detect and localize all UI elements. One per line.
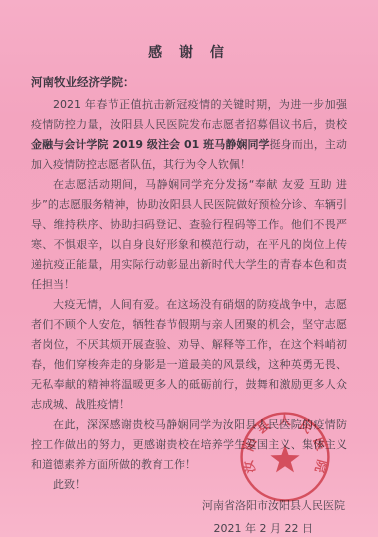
letter-recipient: 河南牧业经济学院：	[31, 74, 347, 90]
paragraph-3: 大疫无情，人间有爱。在这场没有硝烟的防疫战争中，志愿者们不顾个人安危，牺牲春节假…	[31, 295, 347, 415]
letter-closing: 此致！	[31, 475, 347, 495]
paragraph-1: 2021 年春节正值抗击新冠疫情的关键时期，为进一步加强疫情防控力量，汝阳县人民…	[31, 95, 347, 175]
letter-body: 2021 年春节正值抗击新冠疫情的关键时期，为进一步加强疫情防控力量，汝阳县人民…	[31, 95, 347, 495]
signature-hospital-name: 河南省洛阳市汝阳县人民医院	[31, 496, 345, 516]
paragraph-1-pre: 2021 年春节正值抗击新冠疫情的关键时期，为进一步加强疫情防控力量，汝阳县人民…	[31, 98, 347, 131]
signature-block: 河南省洛阳市汝阳县人民医院 2021 年 2 月 22 日	[31, 496, 347, 537]
paragraph-4: 在此，深深感谢贵校马静娴同学为汝阳县人民医院的疫情防控工作做出的努力，更感谢贵校…	[31, 415, 347, 475]
thank-you-letter-page: 感 谢 信 河南牧业经济学院： 2021 年春节正值抗击新冠疫情的关键时期，为进…	[0, 0, 378, 537]
letter-title: 感 谢 信	[31, 0, 347, 62]
signature-date: 2021 年 2 月 22 日	[31, 519, 313, 537]
paragraph-2: 在志愿活动期间，马静娴同学充分发扬“奉献 友爱 互助 进步”的志愿服务精神，协助…	[31, 175, 347, 295]
paragraph-1-student-info: 金融与会计学院 2019 级注会 01 班马静娴同学	[31, 138, 270, 151]
